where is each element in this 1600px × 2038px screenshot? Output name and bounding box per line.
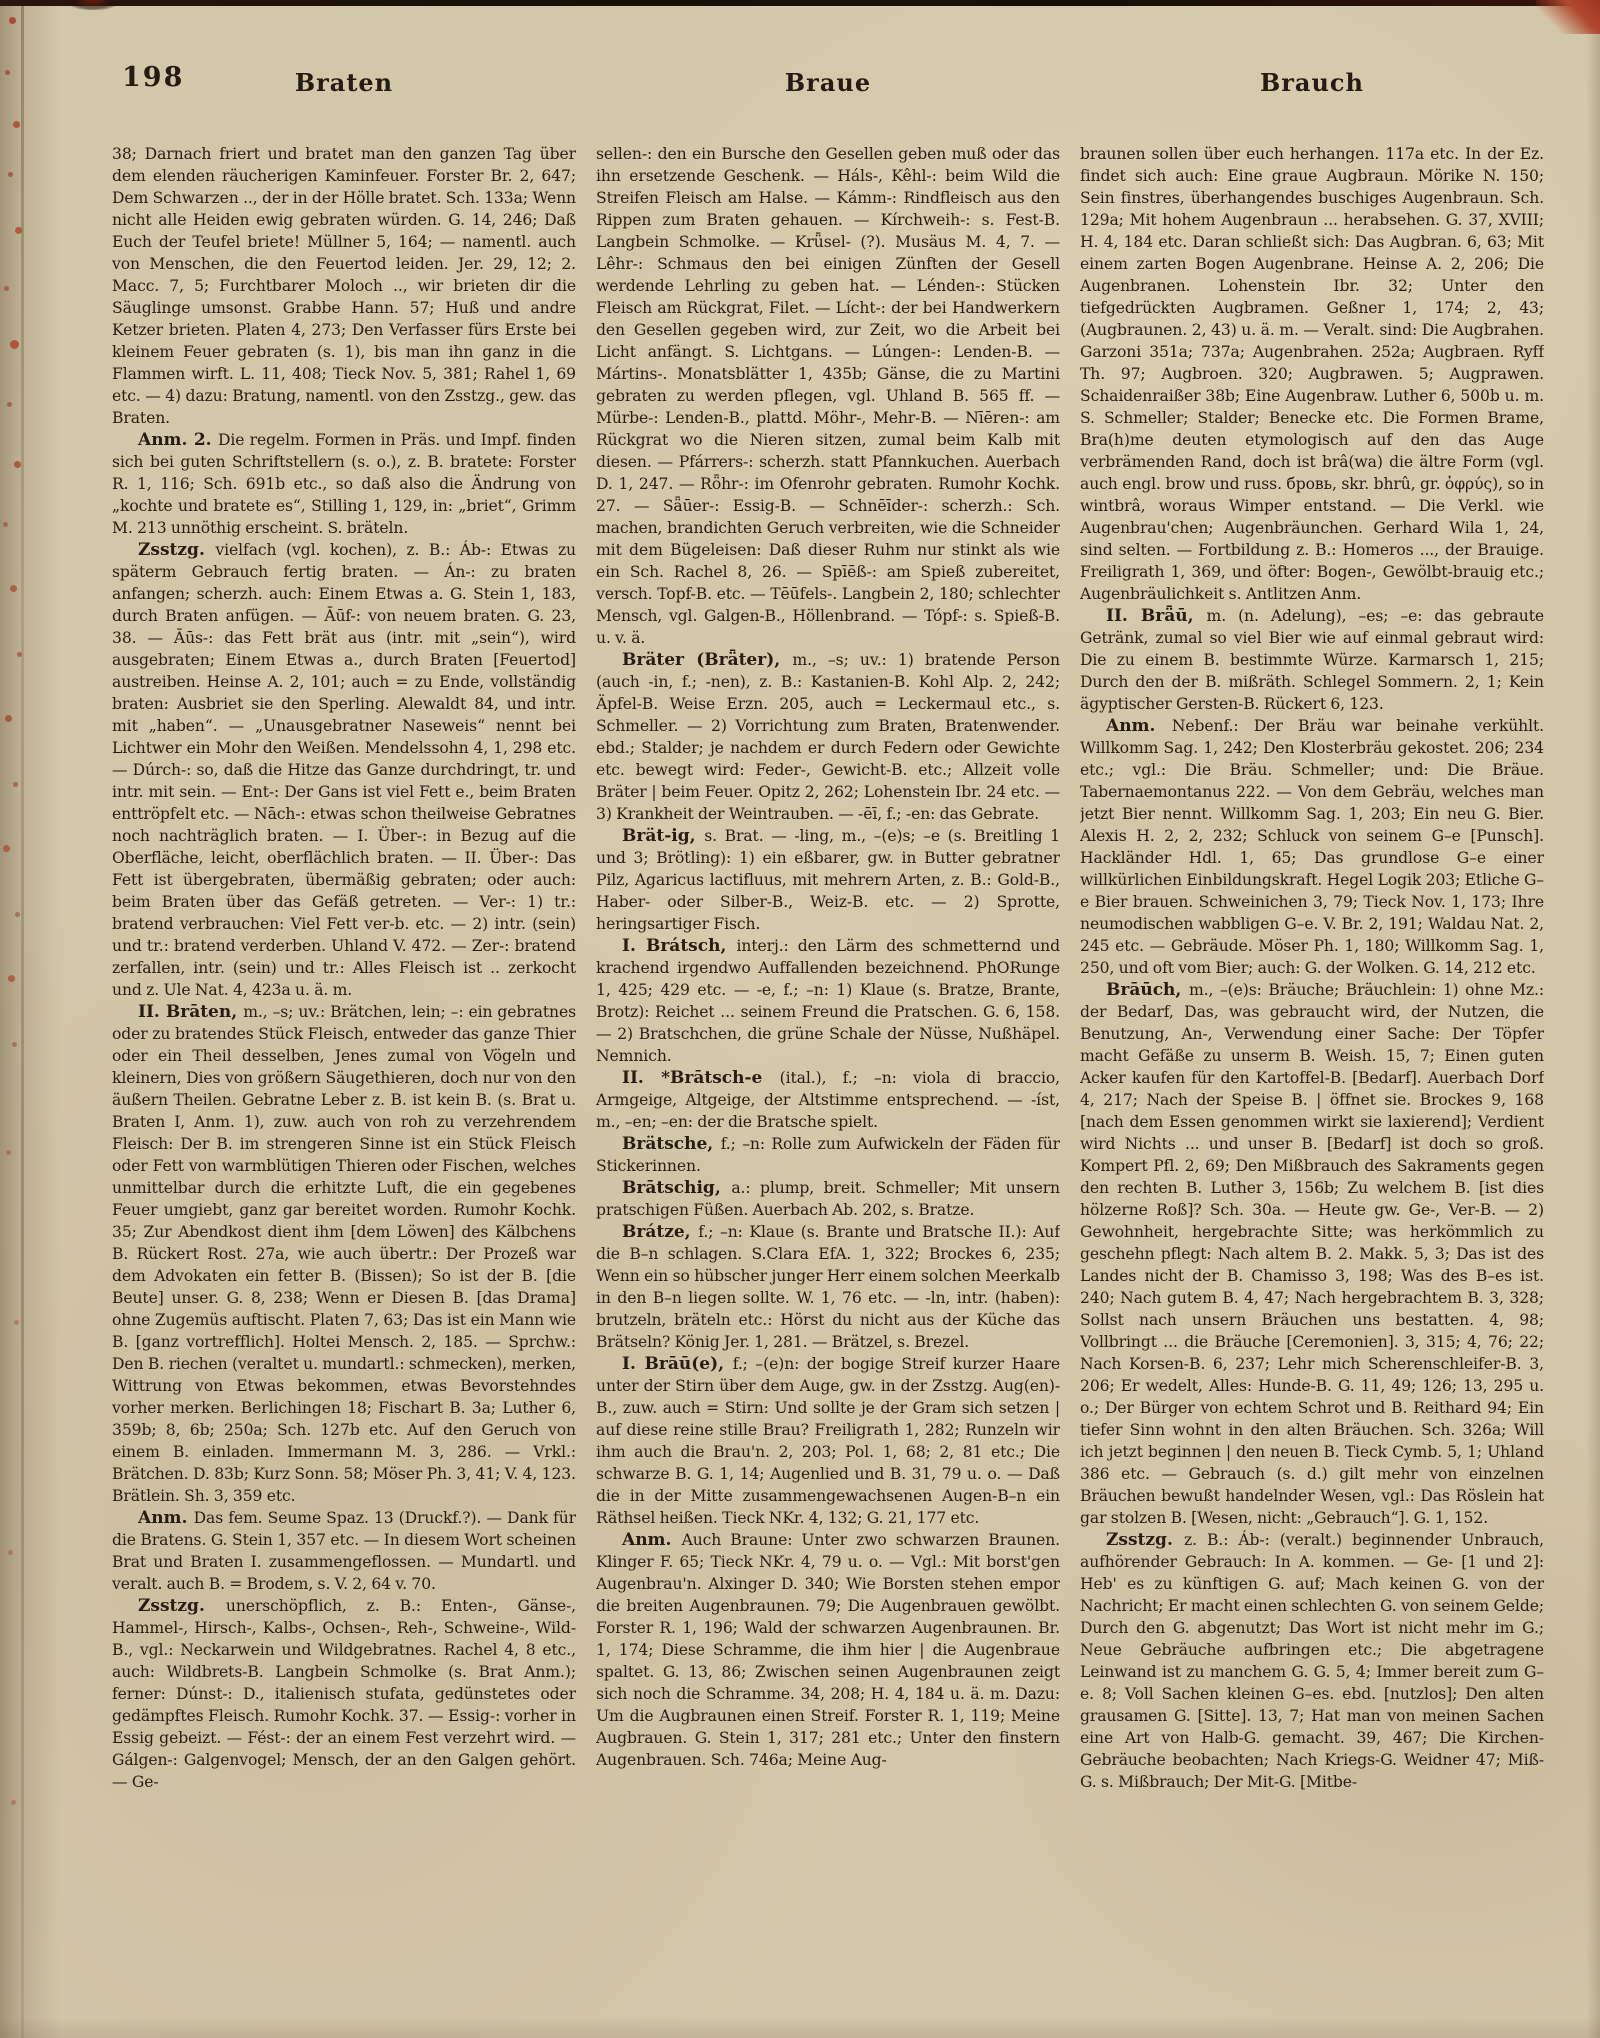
entry-headword: Zsstzg. [1106, 1530, 1184, 1550]
column-3: braunen sollen über euch herhangen. 117a… [1080, 143, 1544, 1923]
column-2: sellen-: den ein Bursche den Gesellen ge… [596, 143, 1060, 1923]
entry-headword: Anm. [622, 1530, 682, 1550]
scan-top-edge [0, 0, 1600, 6]
entry-headword: Zsstzg. [138, 1596, 226, 1616]
entry-headword: Anm. 2. [138, 430, 218, 450]
paragraph: Bräter (Brǟter), m., –s; uv.: 1) bratend… [596, 649, 1060, 825]
entry-headword: Bräter (Brǟter), [622, 650, 792, 670]
entry-headword: Brāūch, [1106, 980, 1189, 1000]
paragraph: Zsstzg. vielfach (vgl. kochen), z. B.: Á… [112, 539, 576, 1001]
paragraph: Anm. Auch Braune: Unter zwo schwarzen Br… [596, 1529, 1060, 1771]
running-head-braue: Braue [596, 68, 1060, 97]
paragraph: Anm. 2. Die regelm. Formen in Präs. und … [112, 429, 576, 539]
entry-headword: I. Brátsch, [622, 936, 736, 956]
page-fold-crease [21, 0, 24, 2038]
running-head-brauch: Brauch [1080, 68, 1544, 97]
paragraph: II. Brǟū, m. (n. Adelung), –es; –e: das … [1080, 605, 1544, 715]
entry-headword: II. Brāten, [138, 1002, 243, 1022]
paragraph: Zsstzg. z. B.: Áb-: (veralt.) beginnende… [1080, 1529, 1544, 1793]
paragraph: sellen-: den ein Bursche den Gesellen ge… [596, 143, 1060, 649]
page-bottom-edge-shadow [0, 2016, 1600, 2038]
entry-headword: II. Brǟū, [1106, 606, 1207, 626]
entry-headword: Brátze, [622, 1222, 698, 1242]
red-edge-speckles [0, 0, 5, 5]
entry-headword: Zsstzg. [138, 540, 215, 560]
paragraph: braunen sollen über euch herhangen. 117a… [1080, 143, 1544, 605]
paragraph: I. Brāū(e), f.; –(e)n: der bogige Streif… [596, 1353, 1060, 1529]
column-1: 38; Darnach friert und bratet man den ga… [112, 143, 576, 1923]
entry-headword: II. *Brātsch-e [622, 1068, 780, 1088]
running-head: Braten Braue Brauch [112, 68, 1544, 97]
paragraph: I. Brátsch, interj.: den Lärm des schmet… [596, 935, 1060, 1067]
entry-headword: I. Brāū(e), [622, 1354, 733, 1374]
dictionary-page: 198 Braten Braue Brauch 38; Darnach frie… [0, 0, 1600, 2038]
entry-headword: Brät-ig, [622, 826, 704, 846]
paragraph: 38; Darnach friert und bratet man den ga… [112, 143, 576, 429]
red-stain-top-left [70, 0, 116, 10]
red-edge-stain-top-right [1536, 0, 1600, 34]
paragraph: Brätsche, f.; –n: Rolle zum Aufwickeln d… [596, 1133, 1060, 1177]
paragraph: II. *Brātsch-e (ital.), f.; –n: viola di… [596, 1067, 1060, 1133]
page-right-edge-shadow [1586, 0, 1600, 2038]
paragraph: Brátze, f.; –n: Klaue (s. Brante und Bra… [596, 1221, 1060, 1353]
paragraph: Anm. Nebenf.: Der Bräu war beinahe verkü… [1080, 715, 1544, 979]
paragraph: Anm. Das fem. Seume Spaz. 13 (Druckf.?).… [112, 1507, 576, 1595]
paragraph: Brātschig, a.: plump, breit. Schmeller; … [596, 1177, 1060, 1221]
running-head-braten: Braten [112, 68, 576, 97]
paragraph: Zsstzg. unerschöpflich, z. B.: Enten-, G… [112, 1595, 576, 1793]
paragraph: II. Brāten, m., –s; uv.: Brätchen, lein;… [112, 1001, 576, 1507]
entry-headword: Anm. [138, 1508, 194, 1528]
paragraph: Brät-ig, s. Brat. — -ling, m., –(e)s; –e… [596, 825, 1060, 935]
entry-headword: Brātschig, [622, 1178, 731, 1198]
paragraph: Brāūch, m., –(e)s: Bräuche; Bräuchlein: … [1080, 979, 1544, 1529]
entry-headword: Anm. [1106, 716, 1172, 736]
page-gutter-shadow [0, 0, 60, 2038]
entry-headword: Brätsche, [622, 1134, 721, 1154]
text-columns: 38; Darnach friert und bratet man den ga… [112, 143, 1544, 1923]
